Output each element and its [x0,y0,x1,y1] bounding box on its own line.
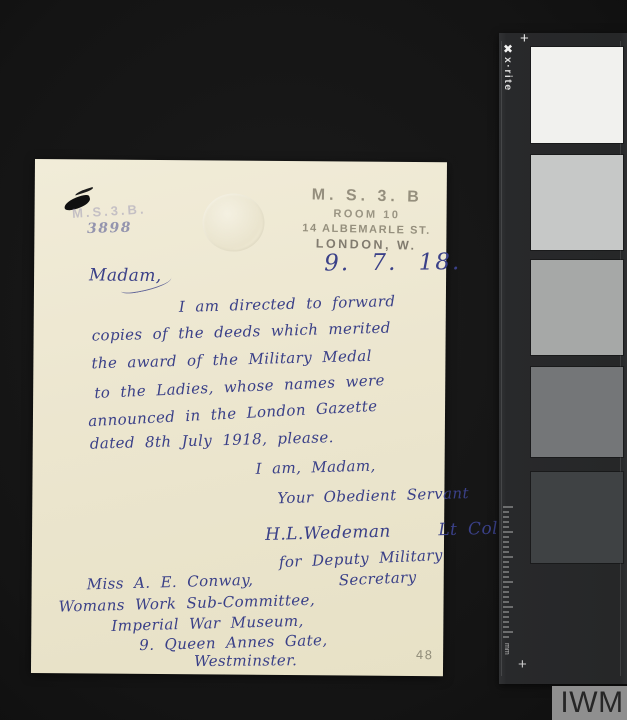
body-line: the award of the Military Medal [91,347,372,373]
department-stamp: M. S. 3. B ROOM 10 14 ALBEMARLE ST. LOND… [301,186,431,253]
signature-name: H.L.Wedeman [265,522,391,545]
xrite-logo: ✖ x·rite [502,43,514,92]
signature-role-line: for Deputy Military [279,546,444,571]
valediction-line: Your Obedient Servant [277,484,469,507]
stamp-branch: M. S. 3. B [302,186,431,207]
registration-cross-top: + [520,33,529,45]
gray-patch-2 [531,155,623,250]
body-line: I am directed to forward [179,292,396,316]
recipient-line: Westminster. [194,651,297,670]
recipient-line: 9. Queen Annes Gate, [139,631,328,654]
gray-patch-1 [531,47,623,143]
iwm-watermark: IWM [552,686,627,720]
registration-cross-bottom: + [518,659,527,671]
xrite-x-icon: ✖ [503,43,513,55]
ruler-unit-label: mm [503,643,510,655]
stamp-room: ROOM 10 [302,207,431,222]
color-calibration-card: + ✖ x·rite [499,33,627,684]
gray-patch-5 [531,472,623,563]
gray-patch-4 [531,367,623,457]
page-number: 48 [416,648,433,662]
body-line: to the Ladies, whose names were [94,371,385,402]
photo-backdrop: M.S.3.B. 3898 M. S. 3. B ROOM 10 14 ALBE… [0,0,627,720]
body-line: copies of the deeds which merited [91,319,391,345]
oval-stamp-text: M.S.3.B. [72,201,147,221]
letter-date: 9. 7. 18. [324,249,461,276]
mm-ruler [502,505,516,641]
oval-stamp: M.S.3.B. 3898 [72,201,148,239]
body-line: dated 8th July 1918, please. [90,428,334,453]
iwm-label: IWM [560,686,623,720]
gray-patch-3 [531,260,623,355]
stamp-street: 14 ALBEMARLE ST. [302,222,431,237]
handwritten-letter: M.S.3.B. 3898 M. S. 3. B ROOM 10 14 ALBE… [31,159,447,676]
xrite-logo-text: x·rite [502,57,514,92]
body-line: announced in the London Gazette [88,397,378,430]
recipient-line: Miss A. E. Conway, [86,571,253,593]
signature: H.L.Wedeman Lt Col. [265,519,504,545]
valediction-line: I am, Madam, [255,457,375,478]
embossed-seal [202,193,264,251]
signature-role-line: Secretary [338,568,417,589]
signature-rank: Lt Col. [438,519,504,541]
serial-number: 3898 [87,219,148,237]
